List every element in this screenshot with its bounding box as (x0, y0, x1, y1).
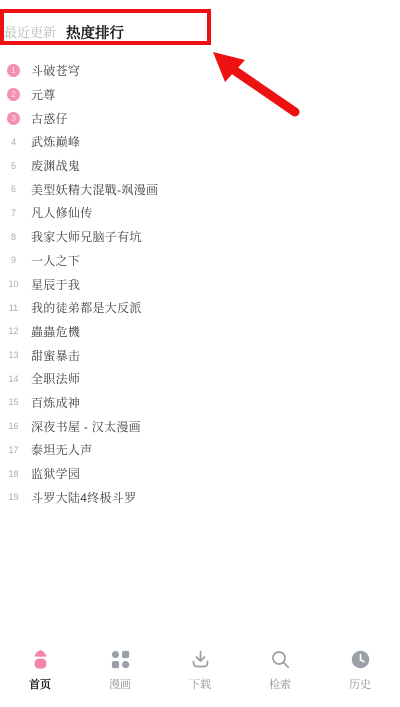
list-item-title: 元尊 (31, 86, 56, 103)
list-item-title: 一人之下 (31, 252, 80, 269)
rank-number: 13 (7, 350, 20, 360)
list-item[interactable]: 5 废渊战鬼 (0, 154, 400, 178)
list-item[interactable]: 13 甜蜜暴击 (0, 343, 400, 367)
list-item-title: 星辰于我 (31, 276, 80, 293)
rank-number: 19 (7, 492, 20, 502)
list-item-title: 武炼巅峰 (31, 133, 80, 150)
list-item-title: 美型妖精大混戰-飒漫画 (31, 181, 158, 198)
list-item-title: 我家大师兄脑子有坑 (31, 228, 142, 245)
nav-label: 首页 (29, 676, 51, 692)
nav-item-home[interactable]: 首页 (0, 640, 80, 692)
list-item-title: 全职法师 (31, 370, 80, 387)
list-item-title: 斗破苍穹 (31, 62, 80, 79)
nav-item-search[interactable]: 检索 (240, 640, 320, 692)
nav-item-download[interactable]: 下载 (160, 640, 240, 692)
list-item-title: 百炼成神 (31, 394, 80, 411)
list-item-title: 凡人修仙传 (31, 204, 93, 221)
rank-number: 4 (7, 137, 20, 147)
top-tab-bar: 最近更新 热度排行 (0, 0, 400, 52)
list-item-title: 泰坦无人声 (31, 441, 93, 458)
rank-number: 17 (7, 445, 20, 455)
nav-item-history[interactable]: 历史 (320, 640, 400, 692)
list-item[interactable]: 9 一人之下 (0, 249, 400, 273)
list-item-title: 斗罗大陆4终极斗罗 (31, 489, 136, 506)
download-icon (190, 649, 211, 670)
list-item[interactable]: 15 百炼成神 (0, 391, 400, 415)
list-item[interactable]: 14 全职法师 (0, 367, 400, 391)
list-item[interactable]: 11 我的徒弟都是大反派 (0, 296, 400, 320)
tab-recent-updates[interactable]: 最近更新 (4, 22, 56, 41)
list-item[interactable]: 19 斗罗大陆4终极斗罗 (0, 485, 400, 509)
list-item[interactable]: 16 深夜书屋 - 汉太漫画 (0, 414, 400, 438)
rank-number: 15 (7, 397, 20, 407)
ranking-list: 1 斗破苍穹 2 元尊 3 古惑仔 4 武炼巅峰 5 废渊战鬼 6 美型妖精大混… (0, 59, 400, 509)
rank-number: 11 (7, 303, 20, 313)
list-item-title: 蟲蟲危機 (31, 323, 80, 340)
list-item[interactable]: 10 星辰于我 (0, 272, 400, 296)
nav-label: 检索 (269, 676, 291, 692)
list-item[interactable]: 18 监狱学园 (0, 462, 400, 486)
nav-label: 漫画 (109, 676, 131, 692)
rank-badge: 3 (7, 112, 20, 125)
tab-hot-ranking[interactable]: 热度排行 (66, 22, 124, 43)
rank-number: 9 (7, 255, 20, 265)
list-item[interactable]: 7 凡人修仙传 (0, 201, 400, 225)
rank-number: 18 (7, 469, 20, 479)
list-item-title: 废渊战鬼 (31, 157, 80, 174)
rank-badge: 2 (7, 88, 20, 101)
rank-badge: 1 (7, 64, 20, 77)
rank-number: 12 (7, 326, 20, 336)
rank-number: 6 (7, 184, 20, 194)
rank-number: 14 (7, 374, 20, 384)
rank-number: 16 (7, 421, 20, 431)
list-item[interactable]: 1 斗破苍穹 (0, 59, 400, 83)
list-item[interactable]: 8 我家大师兄脑子有坑 (0, 225, 400, 249)
rank-number: 5 (7, 161, 20, 171)
list-item-title: 古惑仔 (31, 110, 68, 127)
comics-grid-icon (110, 649, 131, 670)
list-item-title: 我的徒弟都是大反派 (31, 299, 142, 316)
nav-label: 历史 (349, 676, 371, 692)
list-item[interactable]: 3 古惑仔 (0, 106, 400, 130)
bottom-nav: 首页 漫画 下载 检索 (0, 640, 400, 707)
list-item-title: 深夜书屋 - 汉太漫画 (31, 418, 141, 435)
app-screen: 最近更新 热度排行 1 斗破苍穹 2 元尊 3 古惑仔 4 武炼巅峰 5 废渊战… (0, 0, 400, 707)
rank-number: 10 (7, 279, 20, 289)
list-item[interactable]: 2 元尊 (0, 83, 400, 107)
list-item[interactable]: 6 美型妖精大混戰-飒漫画 (0, 177, 400, 201)
nav-label: 下载 (189, 676, 211, 692)
list-item[interactable]: 12 蟲蟲危機 (0, 320, 400, 344)
search-icon (270, 649, 291, 670)
list-item-title: 监狱学园 (31, 465, 80, 482)
home-icon (30, 649, 51, 670)
list-item-title: 甜蜜暴击 (31, 347, 80, 364)
rank-number: 7 (7, 208, 20, 218)
list-item[interactable]: 17 泰坦无人声 (0, 438, 400, 462)
rank-number: 8 (7, 232, 20, 242)
history-clock-icon (350, 649, 371, 670)
list-item[interactable]: 4 武炼巅峰 (0, 130, 400, 154)
nav-item-comics[interactable]: 漫画 (80, 640, 160, 692)
